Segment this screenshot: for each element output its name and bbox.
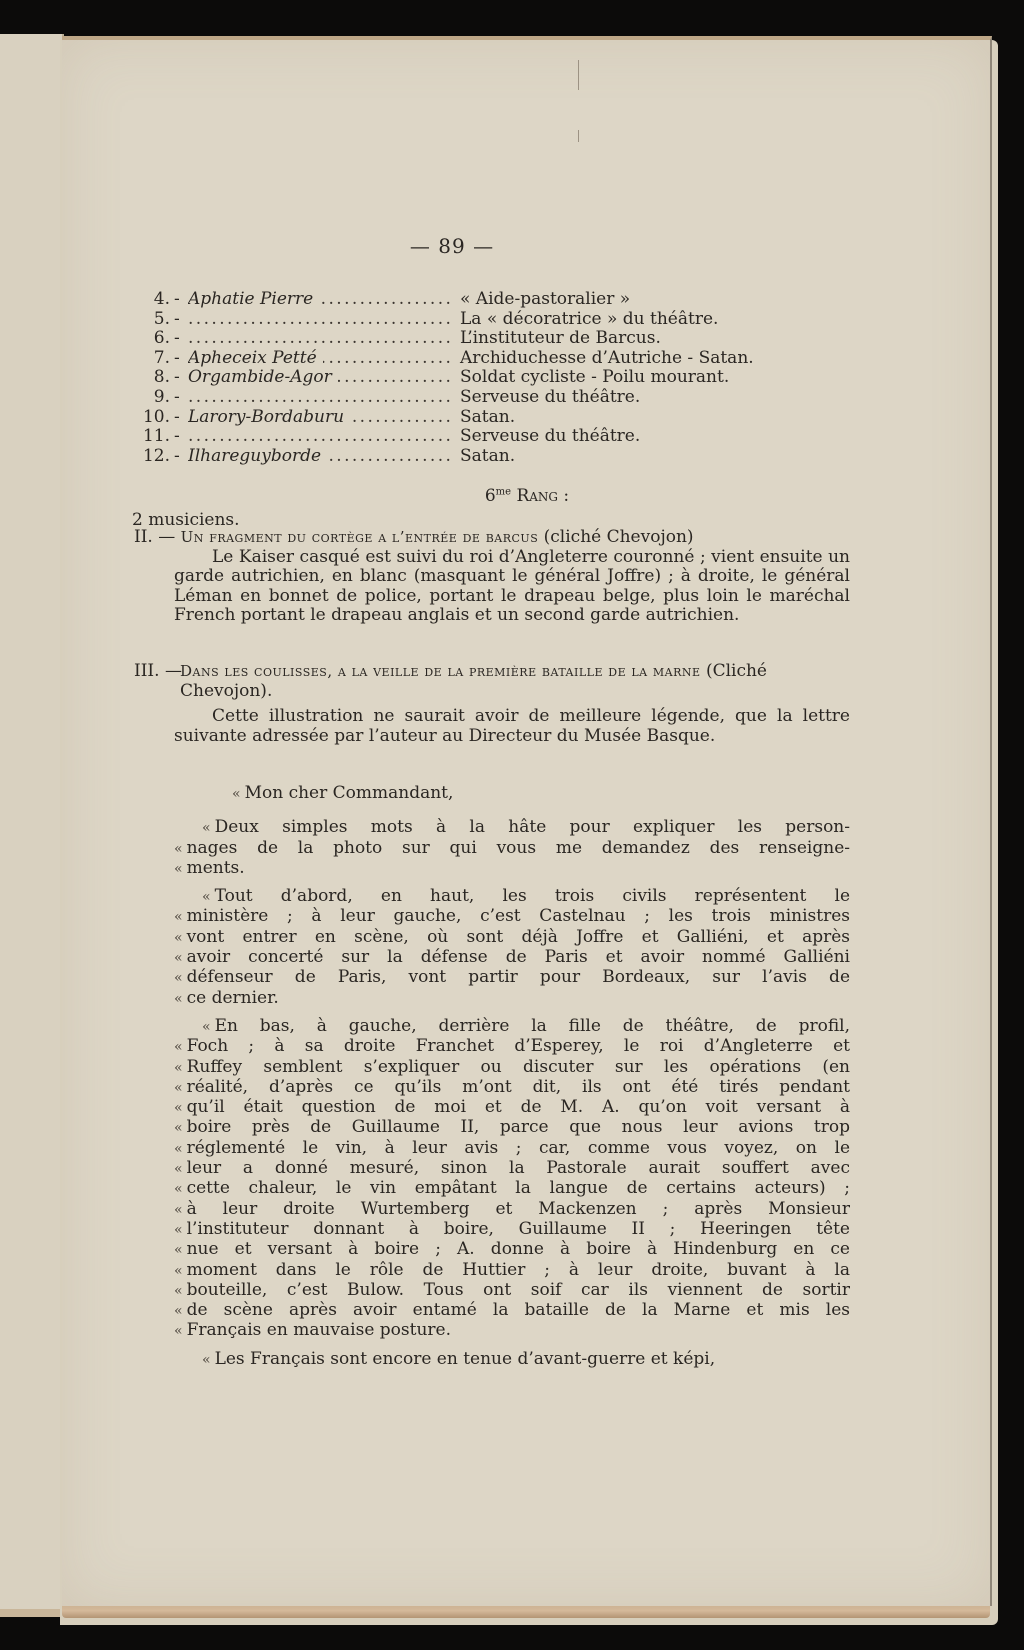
line-text: cette chaleur, le vin empâtant la langue…	[187, 1178, 850, 1198]
quote-mark: «	[174, 1283, 183, 1299]
cast-dash: -	[174, 408, 188, 428]
cast-actor: Larory-Bordaburu	[188, 408, 454, 428]
cast-number: 11.	[120, 427, 174, 447]
section-iii-heading: III. — Dans les coulisses, a la veille d…	[134, 662, 850, 701]
quote-mark: «	[174, 1161, 183, 1177]
letter-line: «vont entrer en scène, où sont déjà Joff…	[174, 928, 850, 948]
quote-mark: «	[174, 1202, 183, 1218]
letter-line: «ministère ; à leur gauche, c’est Castel…	[174, 907, 850, 927]
letter-line: «Foch ; à sa droite Franchet d’Esperey, …	[174, 1037, 850, 1057]
rank-heading: 6me Rang :	[62, 486, 992, 506]
cast-row: 8.-Orgambide-AgorSoldat cycliste - Poilu…	[120, 368, 880, 388]
section-ii-heading: II. — Un fragment du cortège a l’entrée …	[134, 528, 850, 548]
section-numeral: III. —	[134, 662, 174, 701]
quote-mark: «	[174, 1263, 183, 1279]
cast-row: 6.-L’instituteur de Barcus.	[120, 329, 880, 349]
quote-mark: «	[174, 841, 183, 857]
letter-line: «Les Français sont encore en tenue d’ava…	[174, 1350, 850, 1370]
cast-actor	[188, 388, 454, 408]
cast-role: Serveuse du théâtre.	[454, 388, 640, 408]
letter-body: «Deux simples mots à la hâte pour expliq…	[174, 818, 850, 1370]
line-text: boire près de Guillaume II, parce que no…	[187, 1117, 850, 1137]
section-ii-body: Le Kaiser casqué est suivi du roi d’Angl…	[174, 548, 850, 626]
letter-line: «avoir concerté sur la défense de Paris …	[174, 948, 850, 968]
cast-dash: -	[174, 349, 188, 369]
cast-actor: Ilhareguyborde	[188, 447, 454, 467]
quote-mark: «	[174, 1100, 183, 1116]
line-text: défenseur de Paris, vont partir pour Bor…	[187, 967, 850, 987]
letter-line: «ments.	[174, 859, 850, 879]
cast-number: 10.	[120, 408, 174, 428]
cast-role: Satan.	[454, 447, 515, 467]
quote-mark: «	[202, 889, 211, 905]
letter-line: «ce dernier.	[174, 989, 850, 1009]
page-number: — 89 —	[62, 234, 842, 258]
cast-actor: Orgambide-Agor	[188, 368, 454, 388]
section-iii-body: Cette illustration ne saurait avoir de m…	[174, 707, 850, 746]
quote-mark: «	[202, 1352, 211, 1368]
rank-suffix: me	[496, 486, 511, 497]
letter-line: «l’instituteur donnant à boire, Guillaum…	[174, 1220, 850, 1240]
letter-line: «nages de la photo sur qui vous me deman…	[174, 839, 850, 859]
quote-mark: «	[202, 820, 211, 836]
cast-dash: -	[174, 447, 188, 467]
cast-dash: -	[174, 329, 188, 349]
letter-line: «réglementé le vin, à leur avis ; car, c…	[174, 1139, 850, 1159]
letter-paragraph: «En bas, à gauche, derrière la fille de …	[174, 1017, 850, 1342]
cast-actor: Aphatie Pierre	[188, 290, 454, 310]
cast-row: 4.-Aphatie Pierre« Aide-pastoralier »	[120, 290, 880, 310]
cast-number: 7.	[120, 349, 174, 369]
letter-line: «Tout d’abord, en haut, les trois civils…	[174, 887, 850, 907]
actor-name: Orgambide-Agor	[188, 368, 338, 387]
actor-name: Larory-Bordaburu	[188, 408, 350, 427]
rank-label: Rang :	[516, 486, 569, 506]
section-title: Dans les coulisses, a la veille de la pr…	[180, 662, 701, 680]
quote-mark: «	[174, 1141, 183, 1157]
letter-line: «nue et versant à boire ; A. donne à boi…	[174, 1240, 850, 1260]
line-text: Ruffey semblent s’expliquer ou discuter …	[187, 1057, 850, 1077]
letter-line: «leur a donné mesuré, sinon la Pastorale…	[174, 1159, 850, 1179]
paper-mark	[578, 130, 579, 142]
line-text: bouteille, c’est Bulow. Tous ont soif ca…	[187, 1280, 850, 1300]
line-text: Français en mauvaise posture.	[187, 1320, 451, 1340]
cast-dash: -	[174, 388, 188, 408]
cast-row: 10.-Larory-BordaburuSatan.	[120, 408, 880, 428]
line-text: Deux simples mots à la hâte pour expliqu…	[215, 817, 850, 837]
line-text: réalité, d’après ce qu’ils m’ont dit, il…	[187, 1077, 850, 1097]
quote-mark: «	[174, 1323, 183, 1339]
line-text: vont entrer en scène, où sont déjà Joffr…	[187, 927, 850, 947]
cast-role: Soldat cycliste - Poilu mourant.	[454, 368, 729, 388]
letter-line: «défenseur de Paris, vont partir pour Bo…	[174, 968, 850, 988]
line-text: avoir concerté sur la défense de Paris e…	[187, 947, 850, 967]
letter-line: «à leur droite Wurtemberg et Mackenzen ;…	[174, 1200, 850, 1220]
line-text: de scène après avoir entamé la bataille …	[187, 1300, 850, 1320]
actor-name: Apheceix Petté	[188, 349, 323, 368]
quote-mark: «	[232, 786, 241, 802]
paper-mark	[578, 60, 579, 90]
letter-line: «qu’il était question de moi et de M. A.…	[174, 1098, 850, 1118]
cast-dash: -	[174, 427, 188, 447]
line-text: Les Français sont encore en tenue d’avan…	[215, 1349, 716, 1369]
quote-mark: «	[174, 1120, 183, 1136]
letter-line: «En bas, à gauche, derrière la fille de …	[174, 1017, 850, 1037]
cast-number: 8.	[120, 368, 174, 388]
cast-role: « Aide-pastoralier »	[454, 290, 630, 310]
section-title: Un fragment du cortège a l’entrée de bar…	[181, 528, 539, 546]
salutation-text: Mon cher Commandant,	[245, 783, 454, 803]
letter-paragraph: «Deux simples mots à la hâte pour expliq…	[174, 818, 850, 879]
section-ii: II. — Un fragment du cortège a l’entrée …	[134, 528, 850, 626]
letter-paragraph: «Tout d’abord, en haut, les trois civils…	[174, 887, 850, 1009]
letter-salutation: «Mon cher Commandant,	[232, 784, 850, 804]
quoted-letter: «Mon cher Commandant, «Deux simples mots…	[174, 784, 850, 1378]
quote-mark: «	[174, 909, 183, 925]
line-text: ministère ; à leur gauche, c’est Casteln…	[187, 906, 850, 926]
cast-actor	[188, 329, 454, 349]
left-page-edge	[0, 34, 64, 1617]
letter-line: «Deux simples mots à la hâte pour expliq…	[174, 818, 850, 838]
quote-mark: «	[174, 861, 183, 877]
letter-line: «Français en mauvaise posture.	[174, 1321, 850, 1341]
section-credit: (cliché Chevojon)	[544, 527, 694, 547]
line-text: leur a donné mesuré, sinon la Pastorale …	[187, 1158, 850, 1178]
letter-line: «Ruffey semblent s’expliquer ou discuter…	[174, 1058, 850, 1078]
line-text: nue et versant à boire ; A. donne à boir…	[187, 1239, 850, 1259]
cast-row: 5.-La « décoratrice » du théâtre.	[120, 310, 880, 330]
letter-line: «de scène après avoir entamé la bataille…	[174, 1301, 850, 1321]
quote-mark: «	[174, 1242, 183, 1258]
cast-role: Serveuse du théâtre.	[454, 427, 640, 447]
quote-mark: «	[202, 1019, 211, 1035]
cast-dash: -	[174, 290, 188, 310]
line-text: nages de la photo sur qui vous me demand…	[187, 838, 850, 858]
quote-mark: «	[174, 1222, 183, 1238]
quote-mark: «	[174, 1060, 183, 1076]
cast-role: Archiduchesse d’Autriche - Satan.	[454, 349, 754, 369]
letter-paragraph: «Les Français sont encore en tenue d’ava…	[174, 1350, 850, 1370]
quote-mark: «	[174, 1303, 183, 1319]
quote-mark: «	[174, 970, 183, 986]
cast-number: 4.	[120, 290, 174, 310]
quote-mark: «	[174, 1039, 183, 1055]
letter-line: «réalité, d’après ce qu’ils m’ont dit, i…	[174, 1078, 850, 1098]
actor-name: Aphatie Pierre	[188, 290, 319, 309]
letter-line: «moment dans le rôle de Huttier ; à leur…	[174, 1261, 850, 1281]
cast-role: Satan.	[454, 408, 515, 428]
cast-number: 12.	[120, 447, 174, 467]
quote-mark: «	[174, 950, 183, 966]
quote-mark: «	[174, 930, 183, 946]
cast-list: 4.-Aphatie Pierre« Aide-pastoralier »5.-…	[120, 290, 880, 466]
cast-number: 6.	[120, 329, 174, 349]
section-iii: III. — Dans les coulisses, a la veille d…	[134, 662, 850, 746]
cast-dash: -	[174, 368, 188, 388]
line-text: ce dernier.	[187, 988, 279, 1008]
cast-role: L’instituteur de Barcus.	[454, 329, 661, 349]
cast-number: 5.	[120, 310, 174, 330]
line-text: réglementé le vin, à leur avis ; car, co…	[187, 1138, 850, 1158]
line-text: à leur droite Wurtemberg et Mackenzen ; …	[187, 1199, 850, 1219]
cast-actor: Apheceix Petté	[188, 349, 454, 369]
cast-row: 11.-Serveuse du théâtre.	[120, 427, 880, 447]
line-text: Foch ; à sa droite Franchet d’Esperey, l…	[187, 1036, 850, 1056]
cast-dash: -	[174, 310, 188, 330]
cast-role: La « décoratrice » du théâtre.	[454, 310, 718, 330]
cast-number: 9.	[120, 388, 174, 408]
line-text: ments.	[187, 858, 245, 878]
letter-line: «boire près de Guillaume II, parce que n…	[174, 1118, 850, 1138]
section-numeral: II. —	[134, 527, 175, 547]
cast-actor	[188, 427, 454, 447]
rank-ordinal: 6	[485, 486, 496, 506]
letter-line: «cette chaleur, le vin empâtant la langu…	[174, 1179, 850, 1199]
line-text: qu’il était question de moi et de M. A. …	[187, 1097, 850, 1117]
cast-actor	[188, 310, 454, 330]
quote-mark: «	[174, 1080, 183, 1096]
book-page: — 89 — 4.-Aphatie Pierre« Aide-pastorali…	[62, 36, 992, 1606]
actor-name: Ilhareguyborde	[188, 447, 327, 466]
line-text: En bas, à gauche, derrière la fille de t…	[215, 1016, 850, 1036]
quote-mark: «	[174, 991, 183, 1007]
line-text: Tout d’abord, en haut, les trois civils …	[215, 886, 850, 906]
line-text: moment dans le rôle de Huttier ; à leur …	[187, 1260, 850, 1280]
cast-row: 12.-IlhareguybordeSatan.	[120, 447, 880, 467]
line-text: l’instituteur donnant à boire, Guillaume…	[187, 1219, 850, 1239]
cast-row: 9.-Serveuse du théâtre.	[120, 388, 880, 408]
quote-mark: «	[174, 1181, 183, 1197]
letter-line: «bouteille, c’est Bulow. Tous ont soif c…	[174, 1281, 850, 1301]
cast-row: 7.-Apheceix PettéArchiduchesse d’Autrich…	[120, 349, 880, 369]
